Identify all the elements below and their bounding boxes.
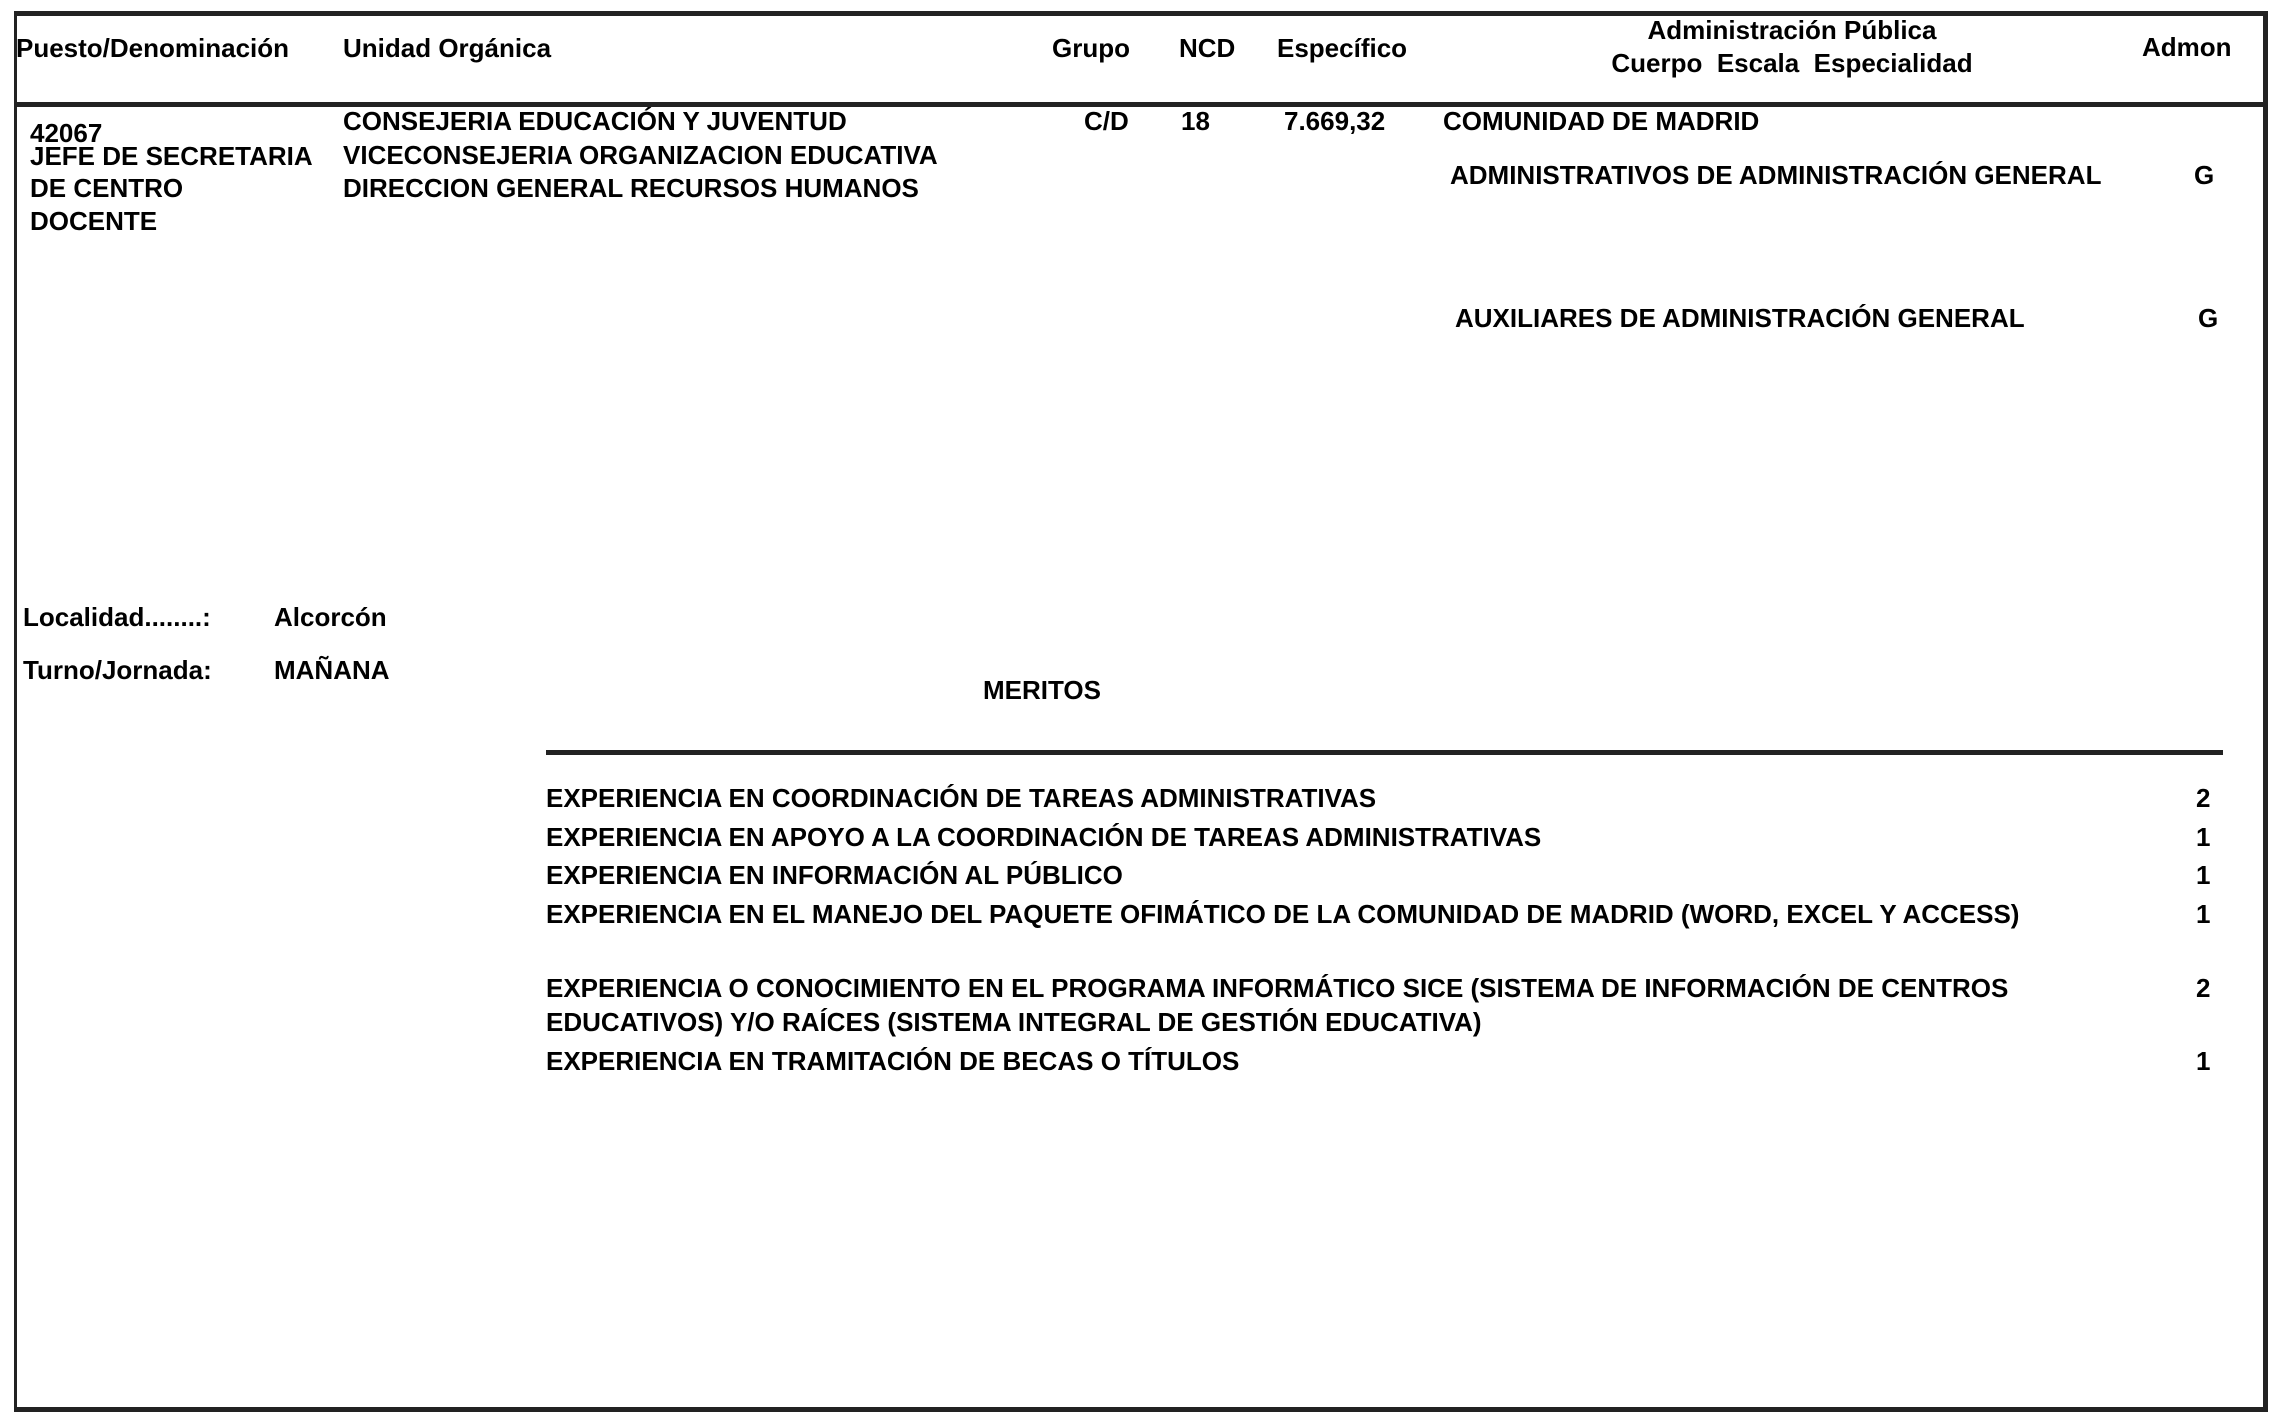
- header-especifico: Específico: [1277, 35, 1407, 61]
- header-unidad-organica: Unidad Orgánica: [343, 35, 551, 61]
- merito-points: 2: [2196, 971, 2210, 1005]
- localidad-label: Localidad........:: [23, 604, 211, 630]
- administracion-value: COMUNIDAD DE MADRID: [1443, 108, 1759, 134]
- header-administracion-publica: Administración Pública: [1648, 17, 1937, 43]
- header-puesto: Puesto/Denominación: [16, 35, 289, 61]
- merito-text: EXPERIENCIA EN EL MANEJO DEL PAQUETE OFI…: [546, 897, 2086, 931]
- cuerpo-name: ADMINISTRATIVOS DE ADMINISTRACIÓN GENERA…: [1450, 162, 2101, 188]
- puesto-denominacion-line: JEFE DE SECRETARIA: [30, 143, 313, 169]
- unidad-organica-line: CONSEJERIA EDUCACIÓN Y JUVENTUD: [343, 108, 847, 134]
- cuerpo-name: AUXILIARES DE ADMINISTRACIÓN GENERAL: [1455, 305, 2025, 331]
- turno-value: MAÑANA: [274, 657, 390, 683]
- puesto-denominacion-line: DOCENTE: [30, 208, 157, 234]
- cuerpo-admon: G: [2198, 305, 2218, 331]
- header-admon: Admon: [2142, 34, 2232, 60]
- puesto-denominacion-line: DE CENTRO: [30, 175, 183, 201]
- turno-label: Turno/Jornada:: [23, 657, 212, 683]
- merito-points: 2: [2196, 781, 2210, 815]
- ncd-value: 18: [1181, 108, 1210, 134]
- merito-points: 1: [2196, 1044, 2210, 1078]
- merito-text: EXPERIENCIA EN INFORMACIÓN AL PÚBLICO: [546, 858, 2086, 892]
- grupo-value: C/D: [1084, 108, 1129, 134]
- merito-text: EXPERIENCIA O CONOCIMIENTO EN EL PROGRAM…: [546, 971, 2086, 1039]
- localidad-value: Alcorcón: [274, 604, 387, 630]
- meritos-title: MERITOS: [983, 677, 1101, 703]
- merito-points: 1: [2196, 820, 2210, 854]
- header-cuerpo-escala-especialidad: Cuerpo Escala Especialidad: [1611, 50, 1972, 76]
- merito-points: 1: [2196, 897, 2210, 931]
- merito-text: EXPERIENCIA EN TRAMITACIÓN DE BECAS O TÍ…: [546, 1044, 2086, 1078]
- unidad-organica-line: DIRECCION GENERAL RECURSOS HUMANOS: [343, 175, 919, 201]
- header-ncd: NCD: [1179, 35, 1235, 61]
- unidad-organica-line: VICECONSEJERIA ORGANIZACION EDUCATIVA: [343, 142, 938, 168]
- cuerpo-admon: G: [2194, 162, 2214, 188]
- especifico-value: 7.669,32: [1284, 108, 1385, 134]
- merito-text: EXPERIENCIA EN APOYO A LA COORDINACIÓN D…: [546, 820, 2086, 854]
- meritos-divider: [546, 750, 2223, 755]
- document-frame: [14, 11, 2268, 1412]
- merito-text: EXPERIENCIA EN COORDINACIÓN DE TAREAS AD…: [546, 781, 2086, 815]
- merito-points: 1: [2196, 858, 2210, 892]
- header-grupo: Grupo: [1052, 35, 1130, 61]
